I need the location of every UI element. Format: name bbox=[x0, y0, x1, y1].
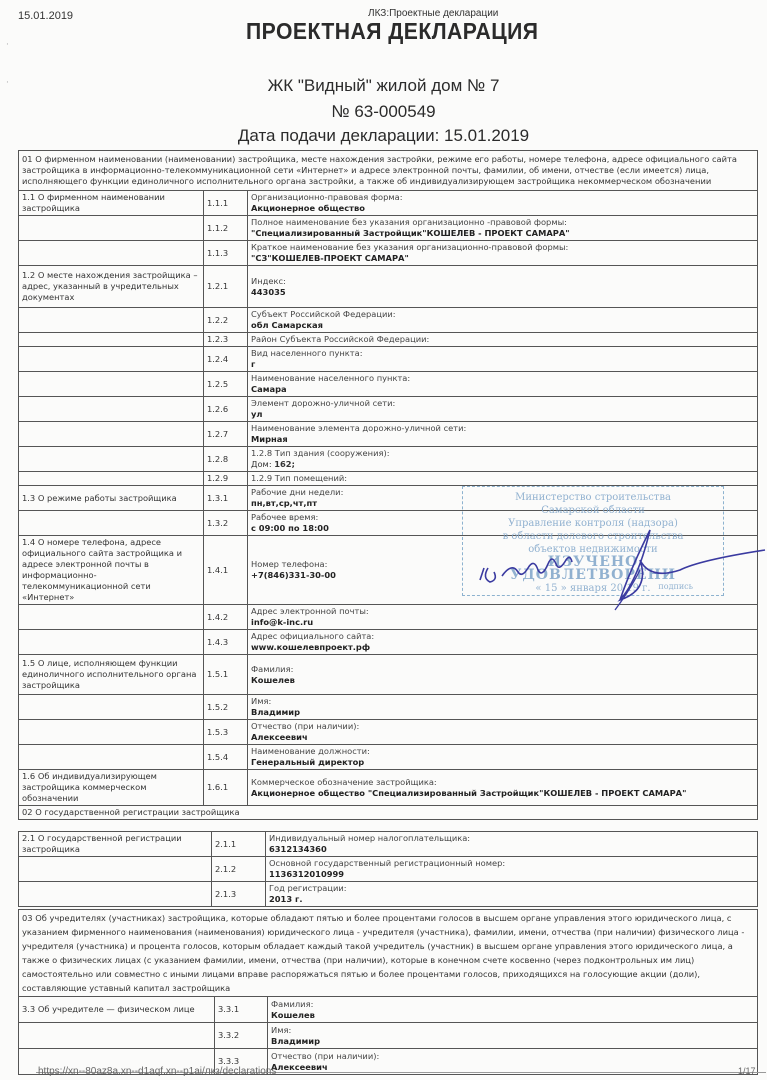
field-value: Генеральный директор bbox=[251, 757, 754, 768]
field-value: Алексеевич bbox=[271, 1062, 754, 1073]
item-number: 1.2.4 bbox=[204, 347, 248, 372]
field-label: Основной государственный регистрационный… bbox=[269, 858, 754, 869]
field-value: Акционерное общество "Специализированный… bbox=[251, 788, 754, 799]
table-row: 2.1.3 Год регистрации:2013 г. bbox=[19, 882, 758, 907]
group-label: 1.4 О номере телефона, адресе официально… bbox=[19, 536, 204, 605]
table-row: 1.5 О лице, исполняющем функции единолич… bbox=[19, 655, 758, 695]
table-row: 2.1.2 Основной государственный регистрац… bbox=[19, 857, 758, 882]
declaration-table-founders: 03 Об учредителях (участниках) застройщи… bbox=[18, 909, 758, 1075]
item-number: 3.3.2 bbox=[215, 1023, 268, 1049]
approval-stamp: Министерство строительства Самарской обл… bbox=[462, 486, 724, 596]
field-label: Фамилия: bbox=[251, 664, 754, 675]
group-label: 1.2 О месте нахождения застройщика – адр… bbox=[19, 266, 204, 308]
field-value: 162; bbox=[274, 459, 295, 469]
table-row: 2.1 О государственной регистрации застро… bbox=[19, 832, 758, 857]
item-number: 1.2.1 bbox=[204, 266, 248, 308]
field-value-prefix: Дом: bbox=[251, 459, 274, 469]
item-number: 1.6.1 bbox=[204, 770, 248, 806]
item-number: 2.1.2 bbox=[212, 857, 266, 882]
table-row: 1.2.6 Элемент дорожно-уличной сети:ул bbox=[19, 397, 758, 422]
table-row: 1.1.2 Полное наименование без указания о… bbox=[19, 216, 758, 241]
section-header-01: 01 О фирменном наименовании (наименовани… bbox=[19, 151, 758, 191]
table-row: 3.3.2 Имя:Владимир bbox=[19, 1023, 758, 1049]
field-label: Индивидуальный номер налогоплательщика: bbox=[269, 833, 754, 844]
item-number: 3.3.1 bbox=[215, 997, 268, 1023]
stamp-status: ИЗУЧЕНО УДОВЛЕТВОРЕНИ bbox=[463, 556, 723, 582]
item-number: 1.2.2 bbox=[204, 308, 248, 333]
field-label: Имя: bbox=[251, 696, 754, 707]
scan-mark: · bbox=[6, 40, 9, 50]
field-label: Имя: bbox=[271, 1025, 754, 1036]
field-value: info@k-inc.ru bbox=[251, 617, 754, 628]
item-number: 1.1.3 bbox=[204, 241, 248, 266]
table-row: 1.4.2 Адрес электронной почты:info@k-inc… bbox=[19, 605, 758, 630]
field-value: Владимир bbox=[251, 707, 754, 718]
field-value: Самара bbox=[251, 384, 754, 395]
field-label: Коммерческое обозначение застройщика: bbox=[251, 777, 754, 788]
field-label: Год регистрации: bbox=[269, 883, 754, 894]
item-number: 1.2.3 bbox=[204, 333, 248, 347]
field-label: Индекс: bbox=[251, 276, 754, 287]
item-number: 2.1.3 bbox=[212, 882, 266, 907]
group-label: 1.1 О фирменном наименовании застройщика bbox=[19, 191, 204, 216]
field-value: Владимир bbox=[271, 1036, 754, 1047]
field-value: 2013 г. bbox=[269, 894, 754, 905]
item-number: 1.2.9 bbox=[204, 472, 248, 486]
field-label: Адрес электронной почты: bbox=[251, 606, 754, 617]
group-label: 1.6 Об индивидуализирующем застройщика к… bbox=[19, 770, 204, 806]
table-row: 1.4.3 Адрес официального сайта:www.кошел… bbox=[19, 630, 758, 655]
field-label: Наименование элемента дорожно-уличной се… bbox=[251, 423, 754, 434]
group-label: 2.1 О государственной регистрации застро… bbox=[19, 832, 212, 857]
table-row: 1.5.3 Отчество (при наличии):Алексеевич bbox=[19, 720, 758, 745]
table-row: 1.6 Об индивидуализирующем застройщика к… bbox=[19, 770, 758, 806]
field-label: Отчество (при наличии): bbox=[251, 721, 754, 732]
field-value: обл Самарская bbox=[251, 320, 754, 331]
field-value: Мирная bbox=[251, 434, 754, 445]
field-label: Отчество (при наличии): bbox=[271, 1051, 754, 1062]
field-label: 1.2.9 Тип помещений: bbox=[251, 473, 754, 484]
field-label: Организационно-правовая форма: bbox=[251, 192, 754, 203]
object-name: ЖК "Видный" жилой дом № 7 bbox=[0, 76, 767, 96]
field-value: "Специализированный Застройщик"КОШЕЛЕВ -… bbox=[251, 228, 754, 239]
field-label: Наименование должности: bbox=[251, 746, 754, 757]
field-value: www.кошелевпроект.рф bbox=[251, 642, 754, 653]
item-number: 1.5.1 bbox=[204, 655, 248, 695]
section-header-02: 02 О государственной регистрации застрой… bbox=[19, 806, 758, 820]
field-label: Субъект Российской Федерации: bbox=[251, 309, 754, 320]
table-row: 1.2.4 Вид населенного пункта:г bbox=[19, 347, 758, 372]
item-number: 1.4.3 bbox=[204, 630, 248, 655]
item-number: 1.2.8 bbox=[204, 447, 248, 472]
field-label: Наименование населенного пункта: bbox=[251, 373, 754, 384]
table-row: 1.2.2 Субъект Российской Федерации:обл С… bbox=[19, 308, 758, 333]
field-value: ул bbox=[251, 409, 754, 420]
item-number: 1.4.1 bbox=[204, 536, 248, 605]
field-label: Вид населенного пункта: bbox=[251, 348, 754, 359]
stamp-line: Министерство строительства bbox=[463, 491, 723, 504]
field-label: Полное наименование без указания организ… bbox=[251, 217, 754, 228]
page-number: 1/17 bbox=[738, 1066, 756, 1076]
item-number: 1.4.2 bbox=[204, 605, 248, 630]
item-number: 1.5.4 bbox=[204, 745, 248, 770]
table-row: 1.2.7 Наименование элемента дорожно-улич… bbox=[19, 422, 758, 447]
table-row: 1.2.3 Район Субъекта Российской Федераци… bbox=[19, 333, 758, 347]
group-label: 1.5 О лице, исполняющем функции единолич… bbox=[19, 655, 204, 695]
table-row: 1.2.9 1.2.9 Тип помещений: bbox=[19, 472, 758, 486]
field-label: Район Субъекта Российской Федерации: bbox=[251, 334, 754, 345]
field-value: 443035 bbox=[251, 287, 754, 298]
stamp-line: Самарской области bbox=[463, 504, 723, 517]
table-row: 1.2 О месте нахождения застройщика – адр… bbox=[19, 266, 758, 308]
item-number: 1.5.3 bbox=[204, 720, 248, 745]
field-value: 1136312010999 bbox=[269, 869, 754, 880]
item-number: 2.1.1 bbox=[212, 832, 266, 857]
field-label: Адрес официального сайта: bbox=[251, 631, 754, 642]
footer-url: https://xn--80az8a.xn--d1aqf.xn--p1ai/лк… bbox=[38, 1066, 276, 1077]
field-label: Элемент дорожно-уличной сети: bbox=[251, 398, 754, 409]
group-label: 3.3 Об учредителе — физическом лице bbox=[19, 997, 215, 1023]
item-number: 1.3.1 bbox=[204, 486, 248, 511]
submission-date: Дата подачи декларации: 15.01.2019 bbox=[0, 126, 767, 146]
item-number: 1.2.5 bbox=[204, 372, 248, 397]
field-label: 1.2.8 Тип здания (сооружения): bbox=[251, 448, 754, 459]
field-label: Фамилия: bbox=[271, 999, 754, 1010]
field-value: Кошелев bbox=[251, 675, 754, 686]
field-label: Краткое наименование без указания органи… bbox=[251, 242, 754, 253]
table-row: 1.1.3 Краткое наименование без указания … bbox=[19, 241, 758, 266]
field-value: Алексеевич bbox=[251, 732, 754, 743]
item-number: 1.1.2 bbox=[204, 216, 248, 241]
print-date: 15.01.2019 bbox=[18, 10, 73, 22]
stamp-line: в области долевого строительства bbox=[463, 530, 723, 543]
table-row: 1.2.8 1.2.8 Тип здания (сооружения):Дом:… bbox=[19, 447, 758, 472]
table-row: 1.2.5 Наименование населенного пункта:Са… bbox=[19, 372, 758, 397]
item-number: 1.3.2 bbox=[204, 511, 248, 536]
group-label: 1.3 О режиме работы застройщика bbox=[19, 486, 204, 511]
declaration-table: 01 О фирменном наименовании (наименовани… bbox=[18, 150, 758, 820]
item-number: 1.1.1 bbox=[204, 191, 248, 216]
field-value: г bbox=[251, 359, 754, 370]
table-row: 1.1 О фирменном наименовании застройщика… bbox=[19, 191, 758, 216]
item-number: 1.2.6 bbox=[204, 397, 248, 422]
stamp-sign-label: подпись bbox=[658, 580, 693, 593]
section-header-03: 03 Об учредителях (участниках) застройщи… bbox=[19, 910, 758, 997]
item-number: 1.5.2 bbox=[204, 695, 248, 720]
field-value: Кошелев bbox=[271, 1010, 754, 1021]
field-value: Акционерное общество bbox=[251, 203, 754, 214]
field-value: 6312134360 bbox=[269, 844, 754, 855]
field-value: "СЗ"КОШЕЛЕВ-ПРОЕКТ САМАРА" bbox=[251, 253, 754, 264]
stamp-line: Управление контроля (надзора) bbox=[463, 517, 723, 530]
table-row: 1.5.4 Наименование должности:Генеральный… bbox=[19, 745, 758, 770]
declaration-number: № 63-000549 bbox=[0, 102, 767, 122]
declaration-table-continued: 2.1 О государственной регистрации застро… bbox=[18, 831, 758, 907]
table-row: 1.5.2 Имя:Владимир bbox=[19, 695, 758, 720]
item-number: 1.2.7 bbox=[204, 422, 248, 447]
table-row: 3.3 Об учредителе — физическом лице 3.3.… bbox=[19, 997, 758, 1023]
document-title: ПРОЕКТНАЯ ДЕКЛАРАЦИЯ bbox=[246, 18, 538, 45]
